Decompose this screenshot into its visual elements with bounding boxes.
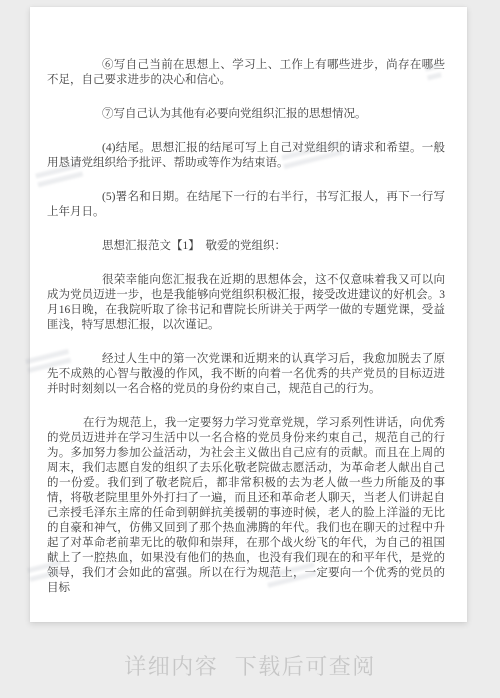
paragraph: (4)结尾。思想汇报的结尾可写上自己对党组织的请求和希望。一般用恳请党组织给予批…	[47, 141, 445, 171]
paragraph: ⑥写自己当前在思想上、学习上、工作上有哪些进步，尚存在哪些不足，自己要求进步的决…	[47, 58, 445, 88]
paragraph: 经过人生中的第一次党课和近期来的认真学习后，我愈加脱去了原先不成熟的心智与散漫的…	[47, 352, 445, 397]
paragraph: ⑦写自己认为其他有必要向党组织汇报的思想情况。	[47, 107, 445, 122]
paragraph: (5)署名和日期。在结尾下一行的右半行，书写汇报人，再下一行写上年月日。	[47, 190, 445, 220]
paragraph: 很荣幸能向您汇报我在近期的思想体会，这不仅意味着我又可以向成为党员迈进一步，也是…	[47, 273, 445, 333]
preview-canvas: ⑥写自己当前在思想上、学习上、工作上有哪些进步，尚存在哪些不足，自己要求进步的决…	[0, 0, 500, 698]
document-content: ⑥写自己当前在思想上、学习上、工作上有哪些进步，尚存在哪些不足，自己要求进步的决…	[47, 58, 445, 596]
paragraph-heading: 思想汇报范文【1】 敬爱的党组织：	[47, 239, 445, 254]
download-notice: 详细内容 下载后可查阅	[0, 650, 500, 681]
paragraph: 在行为规范上，我一定要努力学习党章党规，学习系列性讲话，向优秀的党员迈进并在学习…	[47, 416, 445, 596]
document-page: ⑥写自己当前在思想上、学习上、工作上有哪些进步，尚存在哪些不足，自己要求进步的决…	[30, 7, 467, 622]
